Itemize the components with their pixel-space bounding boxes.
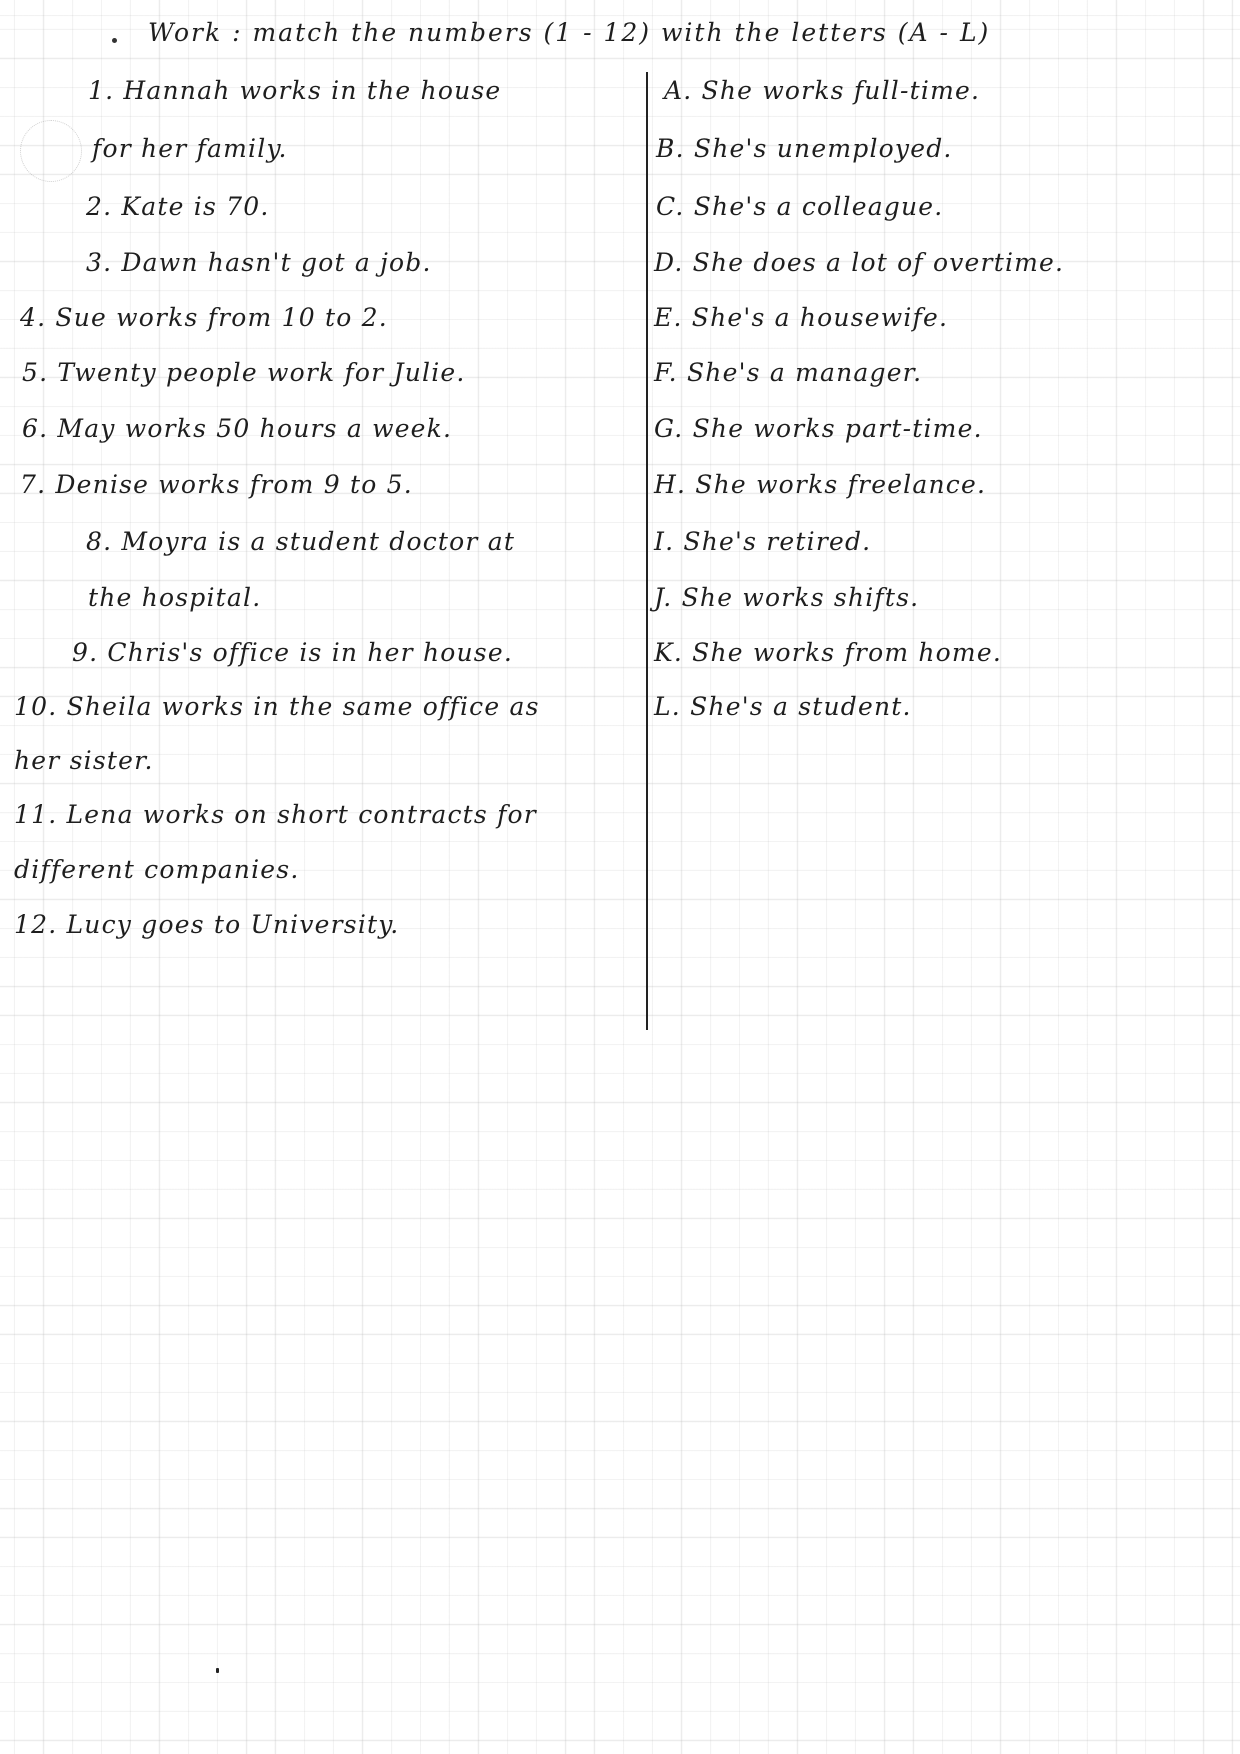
option-j: J. She works shifts. — [654, 583, 919, 612]
option-i: I. She's retired. — [654, 527, 871, 556]
item-11-line-2: different companies. — [14, 855, 299, 884]
option-c: C. She's a colleague. — [656, 192, 943, 221]
ink-speck — [216, 1668, 219, 1673]
item-1-line-1: 1. Hannah works in the house — [88, 76, 501, 105]
option-b: B. She's unemployed. — [656, 134, 953, 163]
item-7: 7. Denise works from 9 to 5. — [20, 470, 413, 499]
column-divider — [646, 72, 648, 1030]
option-d: D. She does a lot of overtime. — [654, 248, 1064, 277]
bullet-dot — [112, 38, 117, 43]
exercise-title: Work : match the numbers (1 - 12) with t… — [148, 18, 990, 47]
option-e: E. She's a housewife. — [654, 303, 948, 332]
item-4: 4. Sue works from 10 to 2. — [20, 303, 388, 332]
option-a: A. She works full-time. — [664, 76, 980, 105]
item-11-line-1: 11. Lena works on short contracts for — [14, 800, 537, 829]
item-1-line-2: for her family. — [92, 134, 288, 163]
option-g: G. She works part-time. — [654, 414, 983, 443]
paper-smudge — [20, 120, 82, 182]
option-h: H. She works freelance. — [654, 470, 986, 499]
item-10-line-1: 10. Sheila works in the same office as — [14, 692, 540, 721]
option-l: L. She's a student. — [654, 692, 912, 721]
item-9: 9. Chris's office is in her house. — [72, 638, 513, 667]
item-12: 12. Lucy goes to University. — [14, 910, 399, 939]
item-8-line-1: 8. Moyra is a student doctor at — [86, 527, 515, 556]
item-8-line-2: the hospital. — [88, 583, 261, 612]
item-6: 6. May works 50 hours a week. — [22, 414, 452, 443]
item-10-line-2: her sister. — [14, 746, 154, 775]
notebook-page: Work : match the numbers (1 - 12) with t… — [0, 0, 1240, 1754]
option-f: F. She's a manager. — [654, 358, 922, 387]
item-5: 5. Twenty people work for Julie. — [22, 358, 466, 387]
item-3: 3. Dawn hasn't got a job. — [86, 248, 432, 277]
option-k: K. She works from home. — [654, 638, 1002, 667]
item-2: 2. Kate is 70. — [86, 192, 270, 221]
